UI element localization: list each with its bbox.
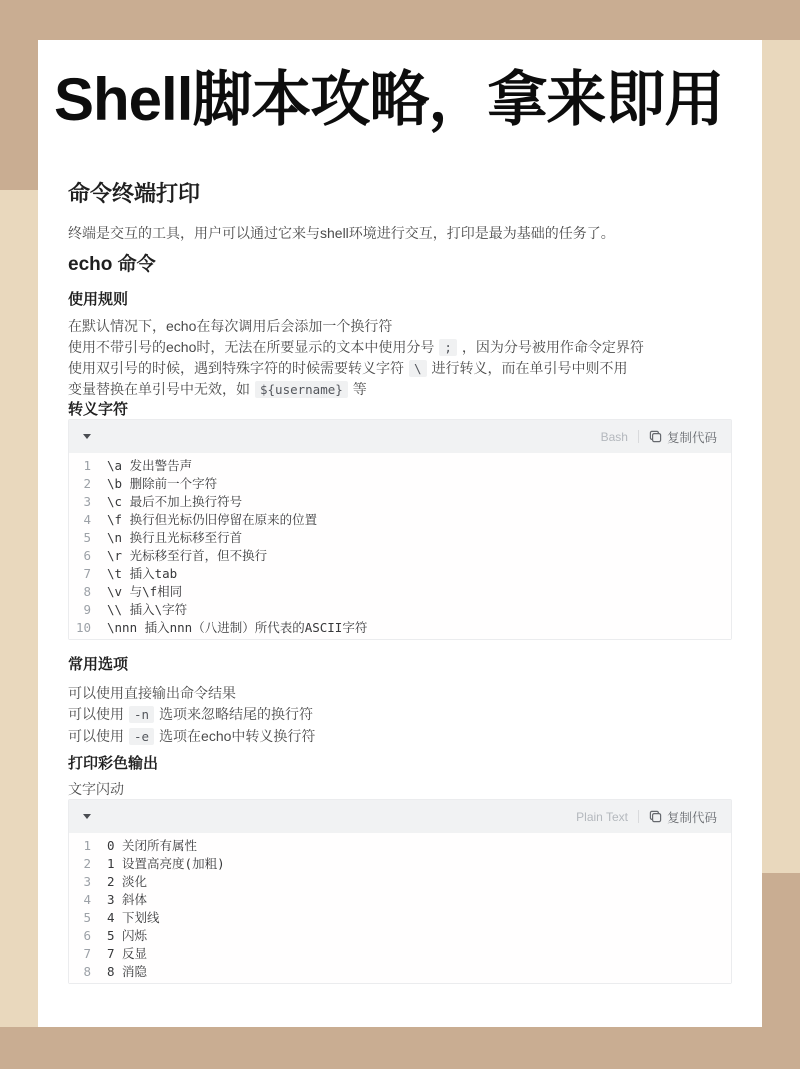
code-line: 7\t 插入tab — [69, 565, 731, 583]
heading-escape-chars: 转义字符 — [68, 400, 732, 420]
language-label: Plain Text — [576, 810, 628, 824]
line-number: 6 — [69, 547, 107, 565]
inline-code-n-flag: -n — [129, 706, 154, 723]
line-text: \r 光标移至行首，但不换行 — [107, 547, 267, 565]
usage-rules-list: 在默认情况下，echo在每次调用后会添加一个换行符 使用不带引号的echo时，无… — [68, 316, 732, 400]
code-body: 10 关闭所有属性 21 设置高亮度(加粗) 32 淡化 43 斜体 54 下划… — [69, 833, 731, 983]
code-line: 65 闪烁 — [69, 927, 731, 945]
line-number: 3 — [69, 493, 107, 511]
code-block-header: Plain Text 复制代码 — [69, 800, 731, 833]
heading-common-options: 常用选项 — [68, 655, 732, 675]
header-divider — [638, 430, 639, 443]
line-number: 1 — [69, 837, 107, 855]
line-text: 3 斜体 — [107, 891, 147, 909]
code-header-actions: Bash 复制代码 — [601, 428, 717, 446]
code-body: 1\a 发出警告声 2\b 删除前一个字符 3\c 最后不加上换行符号 4\f … — [69, 453, 731, 639]
copy-icon — [649, 810, 662, 823]
option-text: 可以使用 — [68, 706, 124, 722]
poster-page: Shell脚本攻略，拿来即用 命令终端打印 终端是交互的工具，用户可以通过它来与… — [0, 0, 800, 1069]
line-number: 8 — [69, 963, 107, 981]
line-number: 7 — [69, 945, 107, 963]
copy-code-button[interactable]: 复制代码 — [649, 428, 717, 446]
code-line: 88 消隐 — [69, 963, 731, 981]
rule-line: 变量替换在单引号中无效，如${username}等 — [68, 379, 732, 400]
poster-title: Shell脚本攻略，拿来即用 — [54, 58, 750, 142]
rule-text: 使用不带引号的echo时，无法在所要显示的文本中使用分号 — [68, 339, 434, 355]
rule-line: 使用双引号的时候，遇到特殊字符的时候需要转义字符\进行转义，而在单引号中则不用 — [68, 358, 732, 379]
line-text: 2 淡化 — [107, 873, 147, 891]
code-line: 10 关闭所有属性 — [69, 837, 731, 855]
option-line: 可以使用-n选项来忽略结尾的换行符 — [68, 704, 732, 726]
line-text: \nnn 插入nnn（八进制）所代表的ASCII字符 — [107, 619, 367, 637]
line-text: \v 与\f相同 — [107, 583, 182, 601]
code-line: 5\n 换行且光标移至行首 — [69, 529, 731, 547]
line-text: 8 消隐 — [107, 963, 147, 981]
option-line: 可以使用直接输出命令结果 — [68, 683, 732, 705]
option-text: 可以使用直接输出命令结果 — [68, 685, 236, 701]
rule-text: 等 — [353, 381, 367, 397]
code-line: 54 下划线 — [69, 909, 731, 927]
clipped-bottom-line: 文字颜色如下 — [68, 990, 732, 992]
code-line: 4\f 换行但光标仍旧停留在原来的位置 — [69, 511, 731, 529]
rule-text: 使用双引号的时候，遇到特殊字符的时候需要转义字符 — [68, 360, 404, 376]
line-text: 5 闪烁 — [107, 927, 147, 945]
code-line: 9\\ 插入\字符 — [69, 601, 731, 619]
inline-code-username-var: ${username} — [255, 381, 348, 398]
line-number: 3 — [69, 873, 107, 891]
line-number: 4 — [69, 511, 107, 529]
code-header-actions: Plain Text 复制代码 — [576, 808, 717, 826]
line-text: \\ 插入\字符 — [107, 601, 187, 619]
line-text: \n 换行且光标移至行首 — [107, 529, 242, 547]
line-number: 7 — [69, 565, 107, 583]
language-label: Bash — [601, 430, 628, 444]
line-number: 1 — [69, 457, 107, 475]
code-line: 10\nnn 插入nnn（八进制）所代表的ASCII字符 — [69, 619, 731, 637]
copy-icon — [649, 430, 662, 443]
inline-code-backslash: \ — [409, 360, 427, 377]
line-text: 4 下划线 — [107, 909, 160, 927]
line-text: \t 插入tab — [107, 565, 177, 583]
rule-text: 进行转义，而在单引号中则不用 — [432, 360, 628, 376]
code-line: 1\a 发出警告声 — [69, 457, 731, 475]
section-heading-terminal-print: 命令终端打印 — [68, 180, 732, 208]
line-text: \f 换行但光标仍旧停留在原来的位置 — [107, 511, 317, 529]
rule-line: 在默认情况下，echo在每次调用后会添加一个换行符 — [68, 316, 732, 337]
copy-code-button[interactable]: 复制代码 — [649, 808, 717, 826]
line-number: 5 — [69, 909, 107, 927]
collapse-caret-icon[interactable] — [83, 434, 91, 439]
line-number: 2 — [69, 475, 107, 493]
heading-echo-command: echo 命令 — [68, 253, 732, 278]
heading-color-output: 打印彩色输出 — [68, 754, 732, 774]
line-text: 0 关闭所有属性 — [107, 837, 197, 855]
line-text: \c 最后不加上换行符号 — [107, 493, 242, 511]
code-line: 32 淡化 — [69, 873, 731, 891]
code-line: 2\b 删除前一个字符 — [69, 475, 731, 493]
copy-code-label: 复制代码 — [667, 428, 717, 446]
line-number: 10 — [69, 619, 107, 637]
code-line: 43 斜体 — [69, 891, 731, 909]
code-line: 3\c 最后不加上换行符号 — [69, 493, 731, 511]
rule-text: 变量替换在单引号中无效，如 — [68, 381, 250, 397]
line-number: 5 — [69, 529, 107, 547]
option-text: 可以使用 — [68, 728, 124, 744]
inline-code-semicolon: ; — [439, 339, 457, 356]
line-text: \a 发出警告声 — [107, 457, 192, 475]
code-line: 77 反显 — [69, 945, 731, 963]
collapse-caret-icon[interactable] — [83, 814, 91, 819]
rule-text: 在默认情况下，echo在每次调用后会添加一个换行符 — [68, 318, 392, 334]
article-screenshot: 命令终端打印 终端是交互的工具，用户可以通过它来与shell环境进行交互，打印是… — [38, 142, 762, 992]
copy-code-label: 复制代码 — [667, 808, 717, 826]
frame-accent-left — [0, 190, 38, 1027]
line-text: 7 反显 — [107, 945, 147, 963]
code-line: 21 设置高亮度(加粗) — [69, 855, 731, 873]
code-line: 6\r 光标移至行首，但不换行 — [69, 547, 731, 565]
option-text: 选项来忽略结尾的换行符 — [159, 706, 313, 722]
code-block-header: Bash 复制代码 — [69, 420, 731, 453]
line-number: 8 — [69, 583, 107, 601]
options-list: 可以使用直接输出命令结果 可以使用-n选项来忽略结尾的换行符 可以使用-e选项在… — [68, 683, 732, 748]
rule-text: ，因为分号被用作命令定界符 — [462, 339, 644, 355]
blink-label: 文字闪动 — [68, 780, 732, 800]
line-text: \b 删除前一个字符 — [107, 475, 217, 493]
heading-usage-rules: 使用规则 — [68, 290, 732, 310]
line-number: 6 — [69, 927, 107, 945]
line-number: 4 — [69, 891, 107, 909]
intro-paragraph: 终端是交互的工具，用户可以通过它来与shell环境进行交互，打印是最为基础的任务… — [68, 223, 732, 244]
inline-code-e-flag: -e — [129, 728, 154, 745]
line-number: 9 — [69, 601, 107, 619]
code-line: 8\v 与\f相同 — [69, 583, 731, 601]
rule-line: 使用不带引号的echo时，无法在所要显示的文本中使用分号;，因为分号被用作命令定… — [68, 337, 732, 358]
code-block-escape-chars: Bash 复制代码 1\a 发出警告声 2\b 删除前一个字符 3\c 最后不加… — [68, 419, 732, 640]
header-divider — [638, 810, 639, 823]
code-block-text-attributes: Plain Text 复制代码 10 关闭所有属性 21 设置高亮度(加粗) 3… — [68, 799, 732, 984]
option-text: 选项在echo中转义换行符 — [159, 728, 315, 744]
line-number: 2 — [69, 855, 107, 873]
content-sheet: Shell脚本攻略，拿来即用 命令终端打印 终端是交互的工具，用户可以通过它来与… — [38, 40, 762, 1027]
line-text: 1 设置高亮度(加粗) — [107, 855, 225, 873]
option-line: 可以使用-e选项在echo中转义换行符 — [68, 726, 732, 748]
frame-accent-right — [762, 40, 800, 873]
